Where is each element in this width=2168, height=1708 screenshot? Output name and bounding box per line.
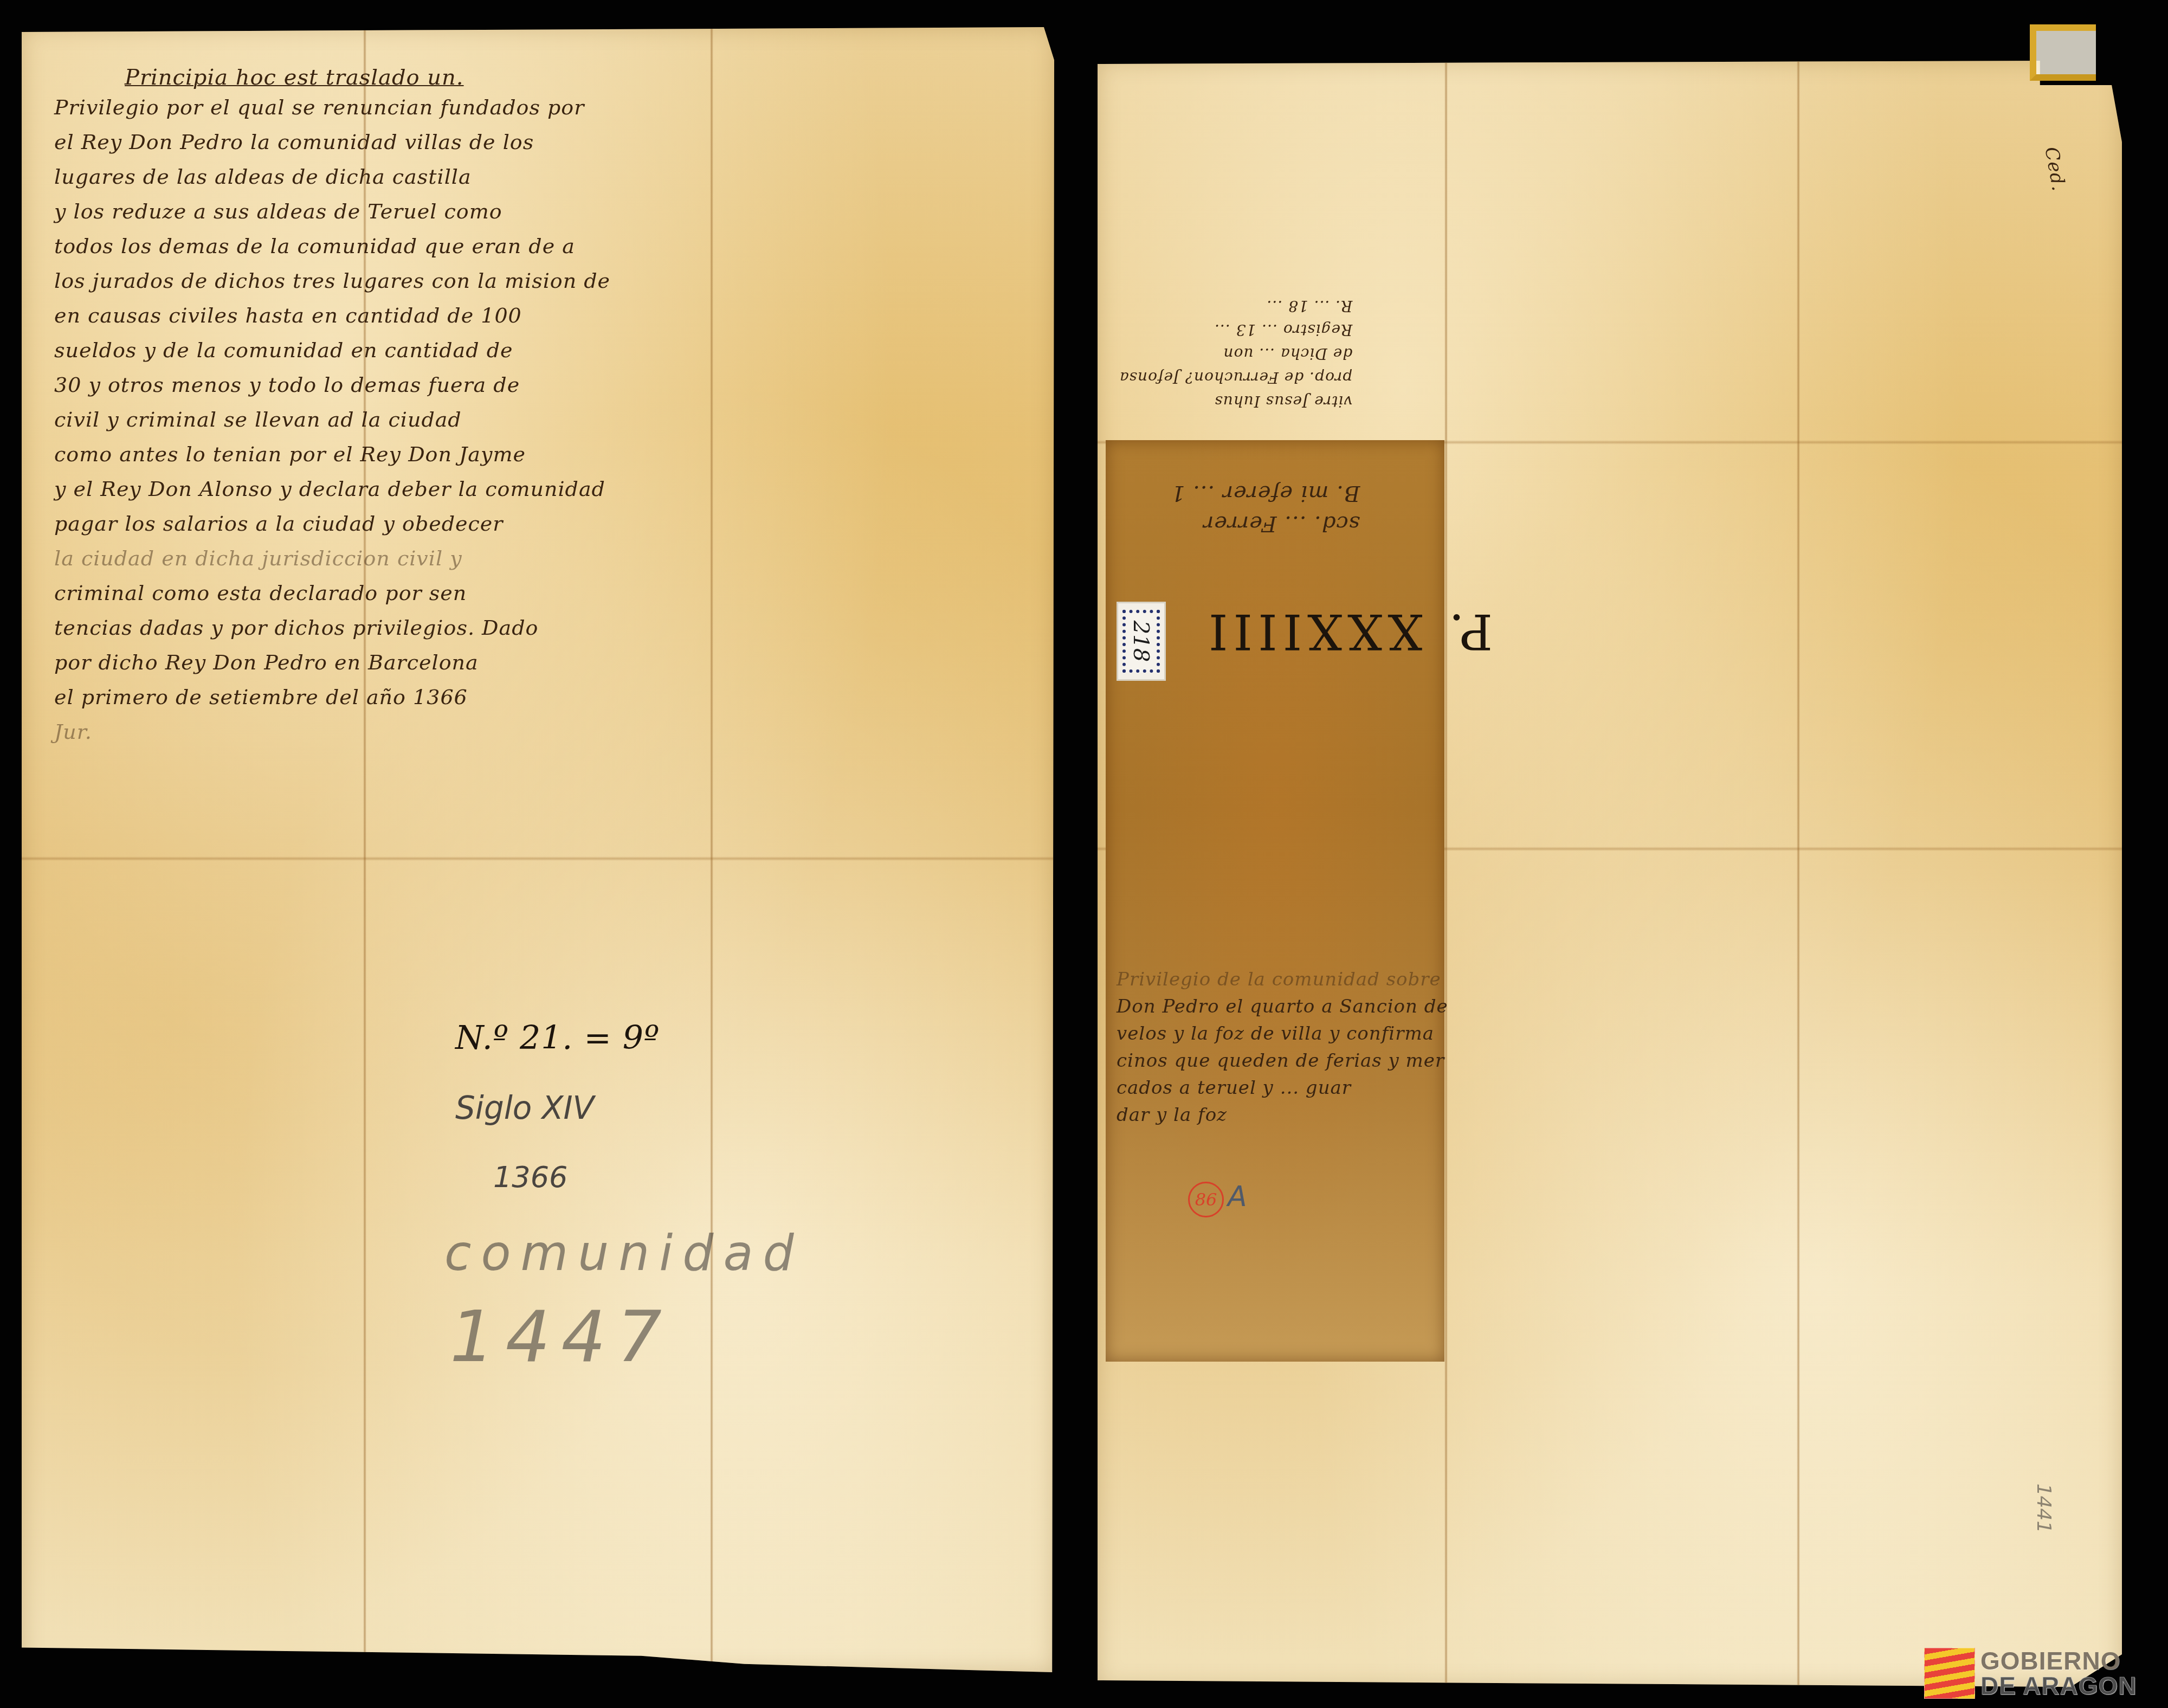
note-line: B. mi eferer ... 1 bbox=[1171, 478, 1360, 508]
archive-number: 218 bbox=[1129, 621, 1154, 662]
text-line: y los reduze a sus aldeas de Teruel como bbox=[54, 194, 390, 229]
logo-line-2: DE ARAGON bbox=[1980, 1673, 2137, 1698]
text-line: en causas civiles hasta en cantidad de 1… bbox=[54, 298, 390, 333]
text-line: como antes lo tenian por el Rey Don Jaym… bbox=[54, 437, 390, 472]
archive-label: 218 bbox=[1117, 602, 1166, 681]
text-line: lugares de las aldeas de dicha castilla bbox=[54, 159, 390, 194]
transcription-heading: Principia hoc est traslado un. bbox=[125, 65, 390, 90]
fold-crease bbox=[1797, 61, 1800, 1687]
text-line: todos los demas de la comunidad que eran… bbox=[54, 229, 390, 263]
text-line: Jur. bbox=[54, 714, 390, 749]
note-line: Registro ... 13 ... bbox=[1119, 318, 1352, 341]
summary-line: velos y la foz de villa y confirma bbox=[1117, 1020, 1448, 1047]
text-line: tencias dadas y por dichos privilegios. … bbox=[54, 610, 390, 645]
text-line: y el Rey Don Alonso y declara deber la c… bbox=[54, 472, 390, 506]
fold-crease bbox=[1444, 61, 1448, 1687]
note-line: scd. ... Ferrer bbox=[1171, 508, 1360, 539]
stamp-number: 86 bbox=[1195, 1189, 1217, 1210]
text-line: civil y criminal se llevan ad la ciudad bbox=[54, 402, 390, 437]
stamp-letter: A bbox=[1228, 1181, 1247, 1213]
text-line: criminal como esta declarado por sen bbox=[54, 576, 390, 610]
text-line: los jurados de dichos tres lugares con l… bbox=[54, 263, 390, 298]
century-note: Siglo XIV bbox=[455, 1090, 594, 1126]
gold-corner-tab bbox=[2030, 24, 2096, 81]
transcription-block: Principia hoc est traslado un. Privilegi… bbox=[54, 65, 390, 749]
logo-line-1: GOBIERNO bbox=[1980, 1648, 2137, 1673]
note-line: prop. de Ferruchon? Jefonsa bbox=[1119, 365, 1352, 389]
upside-down-notes: vitre Jesus Iuhus prop. de Ferruchon? Je… bbox=[1119, 294, 1352, 413]
text-line: el primero de setiembre del año 1366 bbox=[54, 680, 390, 714]
dorsal-summary: Privilegio de la comunidad sobre Don Ped… bbox=[1117, 966, 1448, 1129]
fold-crease bbox=[710, 27, 713, 1672]
reference-number: N.º 21. = 9º bbox=[455, 1019, 660, 1057]
summary-line: Don Pedro el quarto a Sancion de bbox=[1117, 993, 1448, 1020]
logo-text: GOBIERNO DE ARAGON bbox=[1980, 1648, 2137, 1698]
red-stamp: 86 bbox=[1188, 1182, 1224, 1217]
scan-background: Principia hoc est traslado un. Privilegi… bbox=[0, 0, 2168, 1708]
pencil-number: 1447 bbox=[450, 1295, 673, 1378]
note-line: R. ... 18 ... bbox=[1119, 294, 1352, 318]
corner-note: Ced. bbox=[2040, 145, 2069, 193]
summary-line: Privilegio de la comunidad sobre bbox=[1117, 966, 1448, 993]
summary-line: cados a teruel y ... guar bbox=[1117, 1074, 1448, 1101]
pencil-word: comunidad bbox=[444, 1225, 804, 1282]
parchment-sheet-left: Principia hoc est traslado un. Privilegi… bbox=[22, 27, 1054, 1672]
dorsal-notes-top: scd. ... Ferrer B. mi eferer ... 1 bbox=[1171, 478, 1360, 539]
year-note: 1366 bbox=[493, 1160, 567, 1194]
stained-strip: scd. ... Ferrer B. mi eferer ... 1 P. XX… bbox=[1106, 440, 1444, 1362]
summary-line: dar y la foz bbox=[1117, 1101, 1448, 1129]
aragon-flag-icon bbox=[1924, 1648, 1975, 1699]
text-line: pagar los salarios a la ciudad y obedece… bbox=[54, 506, 390, 541]
fold-crease-horizontal bbox=[22, 856, 1054, 861]
roman-numeral-mark: P. XXXIIII bbox=[1203, 603, 1493, 660]
text-line: por dicho Rey Don Pedro en Barcelona bbox=[54, 645, 390, 680]
note-line: vitre Jesus Iuhus bbox=[1119, 389, 1352, 413]
corner-pencil-mark: 1441 bbox=[2033, 1484, 2055, 1533]
text-line: el Rey Don Pedro la comunidad villas de … bbox=[54, 125, 390, 159]
text-line: sueldos y de la comunidad en cantidad de bbox=[54, 333, 390, 368]
text-line: Privilegio por el qual se renuncian fund… bbox=[54, 90, 390, 125]
text-line: 30 y otros menos y todo lo demas fuera d… bbox=[54, 368, 390, 402]
summary-line: cinos que queden de ferias y mer bbox=[1117, 1047, 1448, 1074]
parchment-sheet-right: vitre Jesus Iuhus prop. de Ferruchon? Je… bbox=[1098, 61, 2122, 1687]
gobierno-de-aragon-logo: GOBIERNO DE ARAGON bbox=[1924, 1648, 2137, 1699]
note-line: de Dicha ... uon bbox=[1119, 341, 1352, 365]
label-frame: 218 bbox=[1122, 610, 1160, 673]
text-line: la ciudad en dicha jurisdiccion civil y bbox=[54, 541, 390, 576]
